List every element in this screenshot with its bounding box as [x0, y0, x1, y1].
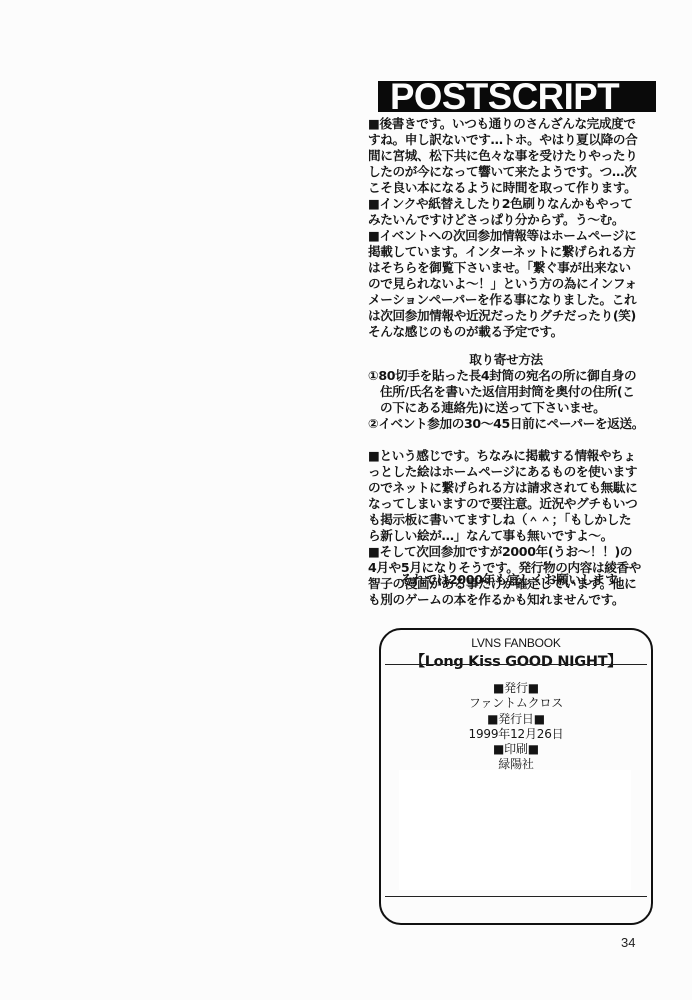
- divider-top: [385, 664, 647, 665]
- closing-greeting: それでは2000年も宜しくお願いします。: [400, 572, 629, 588]
- text-line: ら新しい絵が…」なんて事も無いですよ～。: [368, 528, 664, 544]
- paragraph-ink-paper: ■インクや紙替えしたり2色刷りなんかもやって みたいんですけどさっぱり分からず。…: [368, 196, 664, 228]
- text-line: は次回参加情報や近況だったりグチだったり(笑): [368, 308, 664, 324]
- text-line: ■という感じです。ちなみに掲載する情報やちょ: [368, 448, 664, 464]
- paragraph-event-info: ■イベントへの次回参加情報等はホームページに 掲載しています。インターネットに繋…: [368, 228, 664, 340]
- paragraph-homepage-note: ■という感じです。ちなみに掲載する情報やちょ っとした絵はホームページにあるもの…: [368, 448, 664, 544]
- divider-bottom: [385, 896, 647, 897]
- page-number: 34: [621, 935, 635, 951]
- document-page: POSTSCRIPT ■後書きです。いつも通りのさんざんな完成度で すね。申し訳…: [0, 0, 692, 1000]
- order-step-1-cont: 住所/氏名を書いた返信用封筒を奥付の住所(こ: [368, 384, 664, 400]
- text-line: 掲載しています。インターネットに繋げられる方: [368, 244, 664, 260]
- text-line: みたいんですけどさっぱり分からず。う～む。: [368, 212, 664, 228]
- publisher-label: ■発行■: [381, 681, 651, 696]
- text-line: 間に宮城、松下共に色々な事を受けたりやったり: [368, 148, 664, 164]
- text-line: も別のゲームの本を作るかも知れませんです。: [368, 592, 664, 608]
- banner-title: POSTSCRIPT: [390, 81, 619, 112]
- spacer: [368, 432, 664, 448]
- order-step-1-cont: の下にある連絡先)に送って下さいませ。: [368, 400, 664, 416]
- text-line: も掲示板に書いてますしね（＾＾；「もしかした: [368, 512, 664, 528]
- colophon-title: 【Long Kiss GOOD NIGHT】: [381, 653, 651, 671]
- order-step-2: ②イベント参加の30～45日前にペーパーを返送。: [368, 416, 664, 432]
- paragraph-afterword: ■後書きです。いつも通りのさんざんな完成度で すね。申し訳ないです…トホ。やはり…: [368, 116, 664, 196]
- colophon-details: ■発行■ ファントムクロス ■発行日■ 1999年12月26日 ■印刷■ 緑陽社: [381, 681, 651, 773]
- text-line: ■インクや紙替えしたり2色刷りなんかもやって: [368, 196, 664, 212]
- blank-contact-area: [399, 770, 631, 890]
- order-section-title: 取り寄せ方法: [368, 352, 664, 368]
- text-line: ■そして次回参加ですが2000年(うお～！！)の: [368, 544, 664, 560]
- order-step-1: ①80切手を貼った長4封筒の宛名の所に御自身の: [368, 368, 664, 384]
- text-line: のでネットに繋げられる方は請求されても無駄に: [368, 480, 664, 496]
- text-line: ■イベントへの次回参加情報等はホームページに: [368, 228, 664, 244]
- date-label: ■発行日■: [381, 712, 651, 727]
- printer-label: ■印刷■: [381, 742, 651, 757]
- text-line: ■後書きです。いつも通りのさんざんな完成度で: [368, 116, 664, 132]
- postscript-banner: POSTSCRIPT: [378, 81, 656, 112]
- publisher-name: ファントムクロス: [381, 696, 651, 711]
- colophon-box: LVNS FANBOOK 【Long Kiss GOOD NIGHT】 ■発行■…: [379, 628, 653, 925]
- text-line: っとした絵はホームページにあるものを使います: [368, 464, 664, 480]
- text-line: すね。申し訳ないです…トホ。やはり夏以降の合: [368, 132, 664, 148]
- text-line: メーションペーパーを作る事になりました。これ: [368, 292, 664, 308]
- colophon-subtitle: LVNS FANBOOK: [381, 636, 651, 650]
- text-line: はそちらを御覧下さいませ。「繋ぐ事が出来ない: [368, 260, 664, 276]
- text-line: ので見られないよ～！」という方の為にインフォ: [368, 276, 664, 292]
- text-line: そんな感じのものが載る予定です。: [368, 324, 664, 340]
- publish-date: 1999年12月26日: [381, 727, 651, 742]
- text-line: したのが今になって響いて来たようです。つ…次: [368, 164, 664, 180]
- postscript-body: ■後書きです。いつも通りのさんざんな完成度で すね。申し訳ないです…トホ。やはり…: [368, 116, 664, 608]
- text-line: なってしまいますので要注意。近況やグチもいつ: [368, 496, 664, 512]
- text-line: こそ良い本になるように時間を取って作ります。: [368, 180, 664, 196]
- order-instructions: 取り寄せ方法 ①80切手を貼った長4封筒の宛名の所に御自身の 住所/氏名を書いた…: [368, 352, 664, 432]
